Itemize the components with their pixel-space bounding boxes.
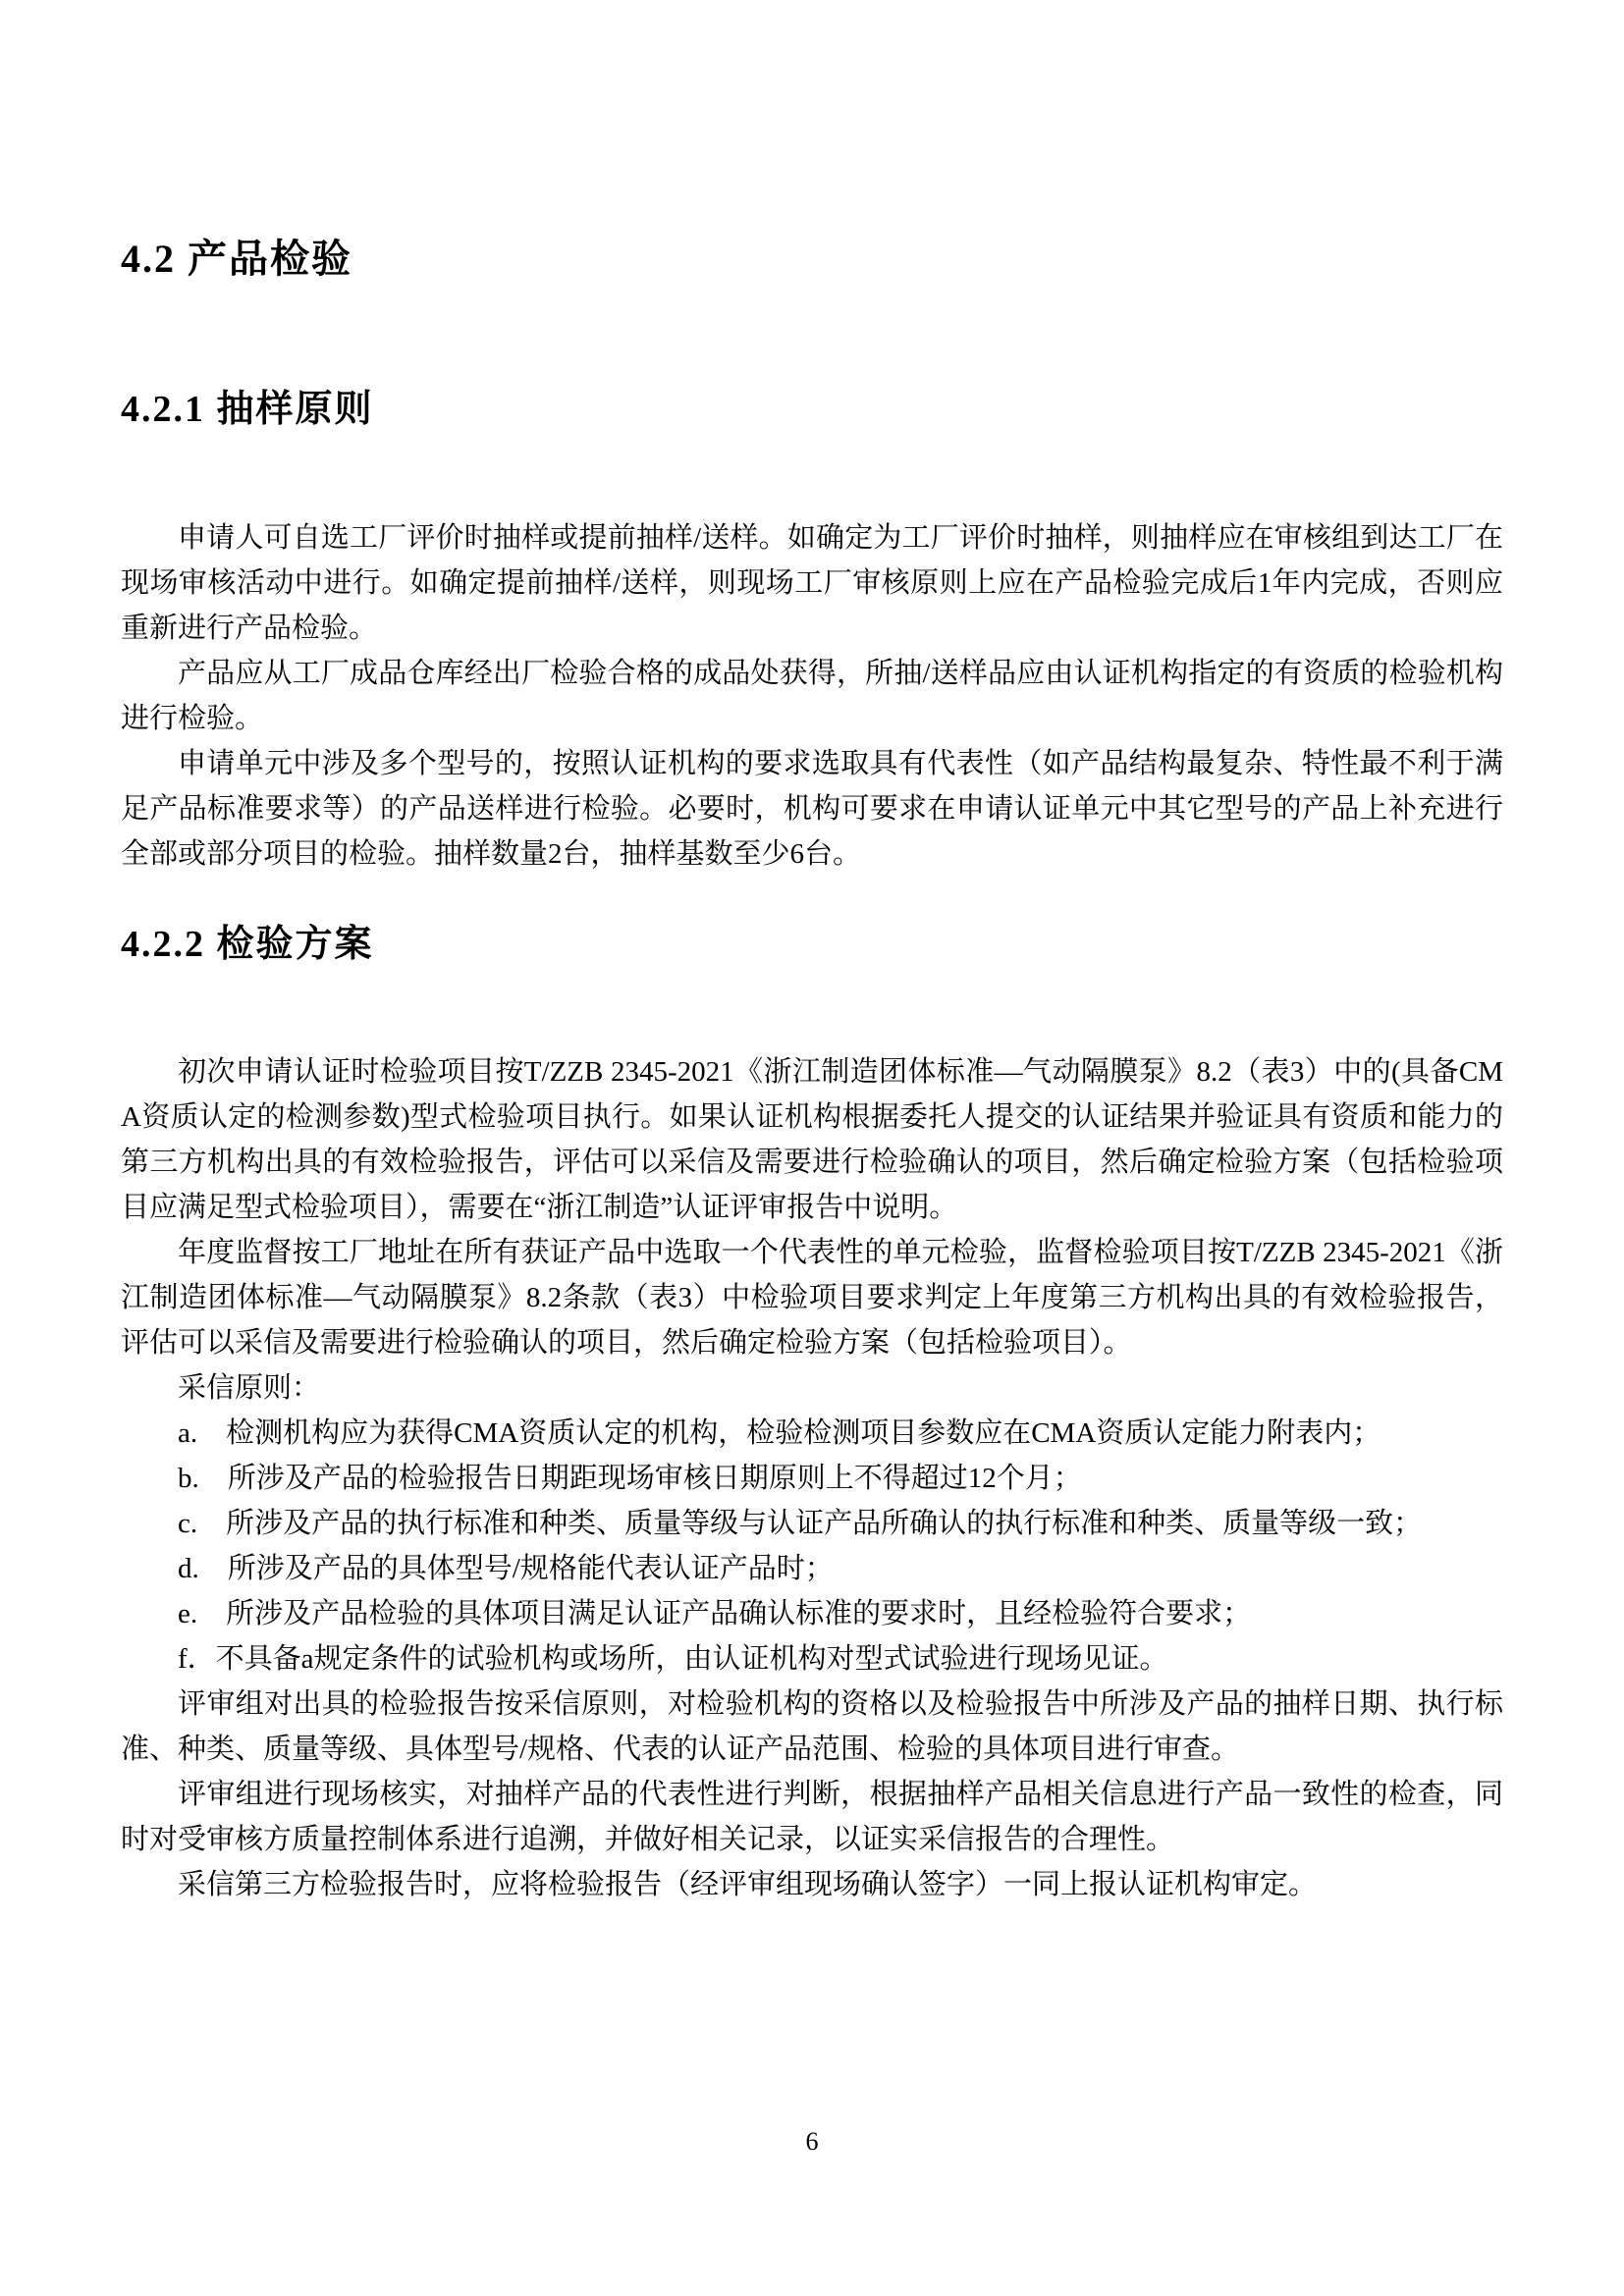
document-body: 4.2 产品检验4.2.1 抽样原则申请人可自选工厂评价时抽样或提前抽样/送样。… [121,236,1503,1907]
paragraph: 申请人可自选工厂评价时抽样或提前抽样/送样。如确定为工厂评价时抽样，则抽样应在审… [121,515,1503,651]
paragraph: 采信第三方检验报告时，应将检验报告（经评审组现场确认签字）一同上报认证机构审定。 [121,1862,1503,1907]
list-item: a. 检测机构应为获得CMA资质认定的机构，检验检测项目参数应在CMA资质认定能… [121,1411,1503,1456]
paragraph: 评审组对出具的检验报告按采信原则，对检验机构的资格以及检验报告中所涉及产品的抽样… [121,1682,1503,1772]
paragraph: 产品应从工厂成品仓库经出厂检验合格的成品处获得，所抽/送样品应由认证机构指定的有… [121,651,1503,741]
list-item: f．不具备a规定条件的试验机构或场所，由认证机构对型式试验进行现场见证。 [121,1636,1503,1682]
list-item: c. 所涉及产品的执行标准和种类、质量等级与认证产品所确认的执行标准和种类、质量… [121,1501,1503,1546]
paragraph: 初次申请认证时检验项目按T/ZZB 2345-2021《浙江制造团体标准—气动隔… [121,1049,1503,1230]
heading-section: 4.2.1 抽样原则 [121,388,1503,433]
paragraph: 申请单元中涉及多个型号的，按照认证机构的要求选取具有代表性（如产品结构最复杂、特… [121,741,1503,877]
list-item: e. 所涉及产品检验的具体项目满足认证产品确认标准的要求时，且经检验符合要求； [121,1591,1503,1636]
paragraph: 采信原则： [121,1365,1503,1411]
document-page: 4.2 产品检验4.2.1 抽样原则申请人可自选工厂评价时抽样或提前抽样/送样。… [0,0,1624,2296]
list-item: b. 所涉及产品的检验报告日期距现场审核日期原则上不得超过12个月； [121,1456,1503,1501]
page-number: 6 [0,2122,1624,2162]
list-item: d. 所涉及产品的具体型号/规格能代表认证产品时； [121,1546,1503,1591]
heading-section: 4.2.2 检验方案 [121,923,1503,968]
paragraph: 评审组进行现场核实，对抽样产品的代表性进行判断，根据抽样产品相关信息进行产品一致… [121,1772,1503,1862]
heading-chapter: 4.2 产品检验 [121,236,1503,283]
paragraph: 年度监督按工厂地址在所有获证产品中选取一个代表性的单元检验，监督检验项目按T/Z… [121,1230,1503,1365]
